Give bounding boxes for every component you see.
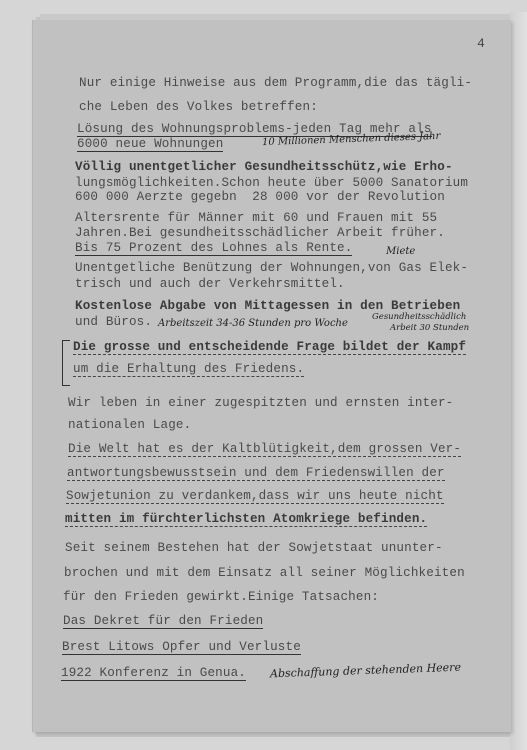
text-line: und Büros. xyxy=(75,315,152,329)
text-line-underlined: Das Dekret für den Frieden xyxy=(63,614,263,629)
text-line: für den Frieden gewirkt.Einige Tatsachen… xyxy=(63,590,379,604)
text-line: Wir leben in einer zugespitzten und erns… xyxy=(68,396,453,410)
handwritten-note: Arbeit 30 Stunden xyxy=(390,323,469,333)
text-line-underlined: antwortungsbewusstsein und dem Friedensw… xyxy=(67,466,445,481)
text-line: che Leben des Volkes betreffen: xyxy=(79,100,318,114)
text-line: Altersrente für Männer mit 60 und Frauen… xyxy=(75,211,437,225)
handwritten-note: Gesundheitsschädlich xyxy=(372,312,466,322)
text-line-underlined: Die grosse und entscheidende Frage bilde… xyxy=(73,340,466,355)
text-line: Völlig unentgetlicher Gesundheitsschütz,… xyxy=(75,160,453,174)
text-line: Unentgetliche Benützung der Wohnungen,vo… xyxy=(75,261,468,275)
text-line: lungsmöglichkeiten.Schon heute über 5000… xyxy=(75,176,468,190)
text-line: nationalen Lage. xyxy=(68,418,191,432)
text-line-underlined: Sowjetunion zu verdankem,dass wir uns he… xyxy=(66,489,444,504)
text-line: Jahren.Bei gesundheitsschädlicher Arbeit… xyxy=(75,226,445,240)
text-line: 600 000 Aerzte gegebn 28 000 vor der Rev… xyxy=(75,190,445,204)
page-number: 4 xyxy=(477,36,485,51)
text-line: Seit seinem Bestehen hat der Sowjetstaat… xyxy=(65,541,443,555)
handwritten-bracket xyxy=(62,340,70,386)
text-line-underlined: Die Welt hat es der Kaltblütigkeit,dem g… xyxy=(68,442,461,457)
text-line: Kostenlose Abgabe von Mittagessen in den… xyxy=(75,299,460,313)
text-line: brochen und mit dem Einsatz all seiner M… xyxy=(64,566,465,580)
text-line-underlined: Bis 75 Prozent des Lohnes als Rente. xyxy=(75,241,352,256)
handwritten-insert: Miete xyxy=(386,246,415,257)
text-line-underlined: Brest Litows Opfer und Verluste xyxy=(62,640,301,655)
text-line-underlined: um die Erhaltung des Friedens. xyxy=(73,362,304,377)
handwritten-note: Arbeitszeit 34-36 Stunden pro Woche xyxy=(158,318,348,329)
text-line: trisch und auch der Verkehrsmittel. xyxy=(75,277,345,291)
text-line-underlined: 1922 Konferenz in Genua. xyxy=(61,666,246,681)
text-line: Nur einige Hinweise aus dem Programm,die… xyxy=(79,76,472,90)
text-line-underlined: 6000 neue Wohnungen xyxy=(77,137,223,152)
text-line-underlined: mitten im fürchterlichsten Atomkriege be… xyxy=(65,512,427,527)
background-edge xyxy=(510,12,527,750)
